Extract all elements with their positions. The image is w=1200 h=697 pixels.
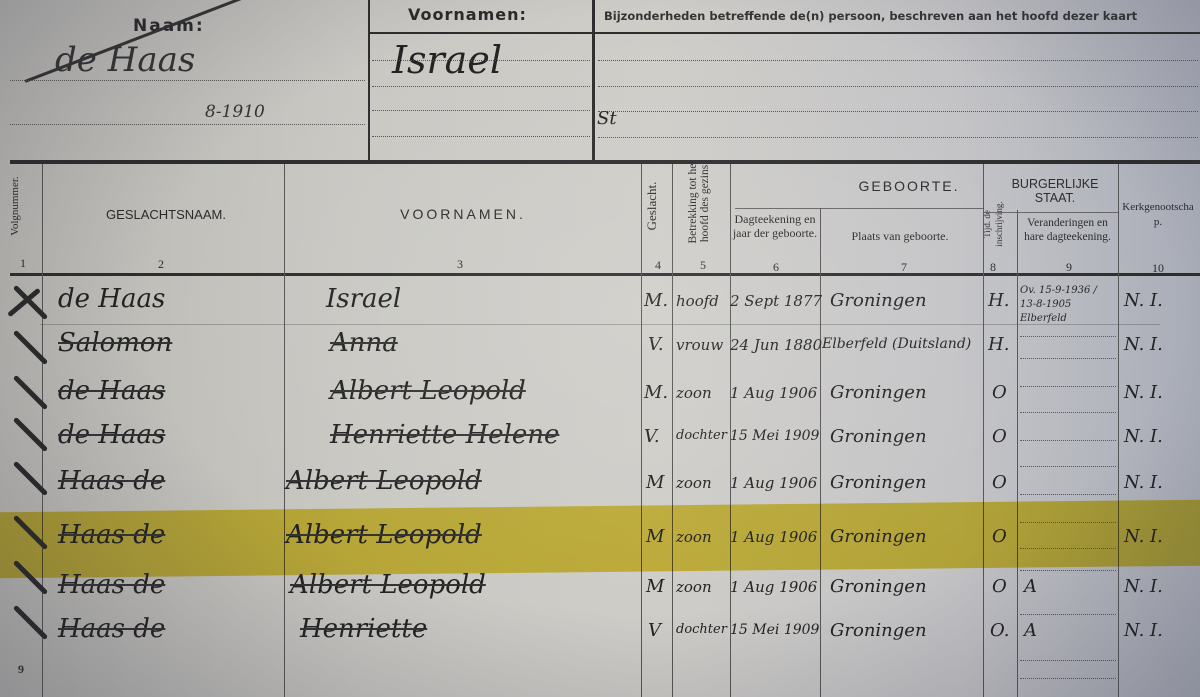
relation-cell: zoon	[676, 578, 712, 596]
birth-place-cell: Elberfeld (Duitsland)	[822, 336, 971, 352]
table-row: Haas de Albert Leopold M zoon 1 Aug 1906…	[0, 566, 1200, 610]
card-header-section: Naam: de Haas 8-1910 Voornamen: Israel B…	[0, 0, 1200, 160]
civil-status-cell: O	[992, 382, 1007, 403]
surname-cell: de Haas	[58, 284, 165, 314]
relation-cell: vrouw	[676, 336, 723, 354]
relation-cell: zoon	[676, 528, 712, 546]
birth-place-cell: Groningen	[830, 620, 927, 641]
surname-cell: de Haas	[58, 376, 165, 406]
sex-cell: V.	[648, 334, 664, 355]
church-cell: N. I.	[1124, 290, 1163, 311]
sex-cell: M.	[644, 290, 668, 311]
birth-place-cell: Groningen	[830, 526, 927, 547]
church-cell: N. I.	[1124, 526, 1163, 547]
col-header-volgnummer: Volgnummer.	[9, 171, 21, 241]
bijzonderheden-note: St	[597, 108, 617, 129]
col-header-dagteekening: Dagteekening en jaar der geboorte.	[730, 212, 820, 240]
sex-cell: M	[646, 526, 664, 547]
given-names-cell: Henriette	[300, 614, 427, 644]
sex-cell: V.	[644, 426, 660, 447]
civil-status-cell: O	[992, 426, 1007, 447]
given-names-cell: Albert Leopold	[286, 466, 482, 496]
col-header-geslacht: Geslacht.	[646, 171, 658, 241]
birth-date-cell: 15 Mei 1909	[730, 622, 819, 638]
civil-status-cell: O	[992, 526, 1007, 547]
group-header-burgerlijke-staat: BURGERLIJKE STAAT.	[1000, 177, 1110, 205]
birth-place-cell: Groningen	[830, 382, 927, 403]
surname-cell: de Haas	[58, 420, 165, 450]
table-row: de Haas Henriette Helene V. dochter 15 M…	[0, 416, 1200, 460]
bijzonderheden-label: Bijzonderheden betreffende de(n) persoon…	[604, 9, 1137, 23]
given-names-cell: Israel	[326, 284, 401, 314]
changes-cell: A	[1024, 576, 1037, 597]
surname-cell: Haas de	[58, 570, 165, 600]
church-cell: N. I.	[1124, 472, 1163, 493]
sex-cell: V	[648, 620, 661, 641]
table-row: de Haas Albert Leopold M. zoon 1 Aug 190…	[0, 372, 1200, 416]
col-header-tijd: Tijd. de inschrijving.	[981, 194, 1005, 254]
birth-date-cell: 1 Aug 1906	[730, 578, 817, 596]
birth-date-cell: 24 Jun 1880	[730, 336, 822, 354]
col-num-5: 5	[700, 258, 706, 273]
church-cell: N. I.	[1124, 576, 1163, 597]
given-names-cell: Henriette Helene	[330, 420, 559, 450]
civil-status-cell: O	[992, 472, 1007, 493]
civil-status-cell: O.	[990, 620, 1009, 641]
birth-place-cell: Groningen	[830, 290, 927, 311]
given-names-cell: Anna	[330, 328, 398, 358]
birth-place-cell: Groningen	[830, 472, 927, 493]
col-header-voornamen: VOORNAMEN.	[286, 206, 640, 222]
given-names-cell: Albert Leopold	[286, 520, 482, 550]
birth-date-cell: 1 Aug 1906	[730, 474, 817, 492]
col-num-1: 1	[20, 256, 26, 271]
church-cell: N. I.	[1124, 334, 1163, 355]
relation-cell: dochter	[676, 428, 727, 443]
church-cell: N. I.	[1124, 620, 1163, 641]
col-num-2: 2	[158, 257, 164, 272]
surname-cell: Haas de	[58, 614, 165, 644]
surname-cell: Salomon	[58, 328, 172, 358]
table-row: de Haas Israel M. hoofd 2 Sept 1877 Gron…	[0, 280, 1200, 324]
col-header-veranderingen: Veranderingen en hare dagteekening.	[1020, 216, 1115, 244]
table-row: Salomon Anna V. vrouw 24 Jun 1880 Elberf…	[0, 324, 1200, 368]
col-header-betrekking: Betrekking tot het hoofd des gezins.	[687, 160, 711, 244]
table-header: Volgnummer. GESLACHTSNAAM. VOORNAMEN. Ge…	[0, 160, 1200, 273]
surname-cell: Haas de	[58, 466, 165, 496]
changes-cell: A	[1024, 620, 1037, 641]
empty-row-number: 9	[18, 662, 24, 677]
church-cell: N. I.	[1124, 426, 1163, 447]
sex-cell: M	[646, 472, 664, 493]
birth-place-cell: Groningen	[830, 426, 927, 447]
birth-date-cell: 1 Aug 1906	[730, 528, 817, 546]
relation-cell: dochter	[676, 622, 727, 637]
relation-cell: zoon	[676, 474, 712, 492]
col-num-3: 3	[457, 257, 463, 272]
surname-cell: Haas de	[58, 520, 165, 550]
church-cell: N. I.	[1124, 382, 1163, 403]
col-header-geslachtsnaam: GESLACHTSNAAM.	[48, 207, 284, 222]
given-names-cell: Albert Leopold	[330, 376, 526, 406]
birth-date-cell: 1 Aug 1906	[730, 384, 817, 402]
given-names-cell: Albert Leopold	[290, 570, 486, 600]
sex-cell: M.	[644, 382, 668, 403]
birth-date-cell: 15 Mei 1909	[730, 428, 819, 444]
col-num-4: 4	[655, 258, 661, 273]
col-header-plaats: Plaats van geboorte.	[820, 229, 980, 244]
changes-cell: Ov. 15-9-1936 / 13-8-1905 Elberfeld	[1020, 284, 1116, 326]
col-header-kerkgenootschap: Kerkgenootschap.	[1122, 200, 1194, 230]
table-row: Haas de Henriette V dochter 15 Mei 1909 …	[0, 610, 1200, 654]
civil-status-cell: H.	[988, 290, 1009, 311]
table-row: Haas de Albert Leopold M zoon 1 Aug 1906…	[0, 462, 1200, 506]
civil-status-cell: H.	[988, 334, 1009, 355]
registration-card: Naam: de Haas 8-1910 Voornamen: Israel B…	[0, 0, 1200, 697]
naam-note: 8-1910	[205, 102, 265, 122]
voornamen-label: Voornamen:	[408, 5, 527, 24]
birth-place-cell: Groningen	[830, 576, 927, 597]
civil-status-cell: O	[992, 576, 1007, 597]
relation-cell: zoon	[676, 384, 712, 402]
sex-cell: M	[646, 576, 664, 597]
birth-date-cell: 2 Sept 1877	[730, 292, 822, 310]
relation-cell: hoofd	[676, 292, 719, 310]
